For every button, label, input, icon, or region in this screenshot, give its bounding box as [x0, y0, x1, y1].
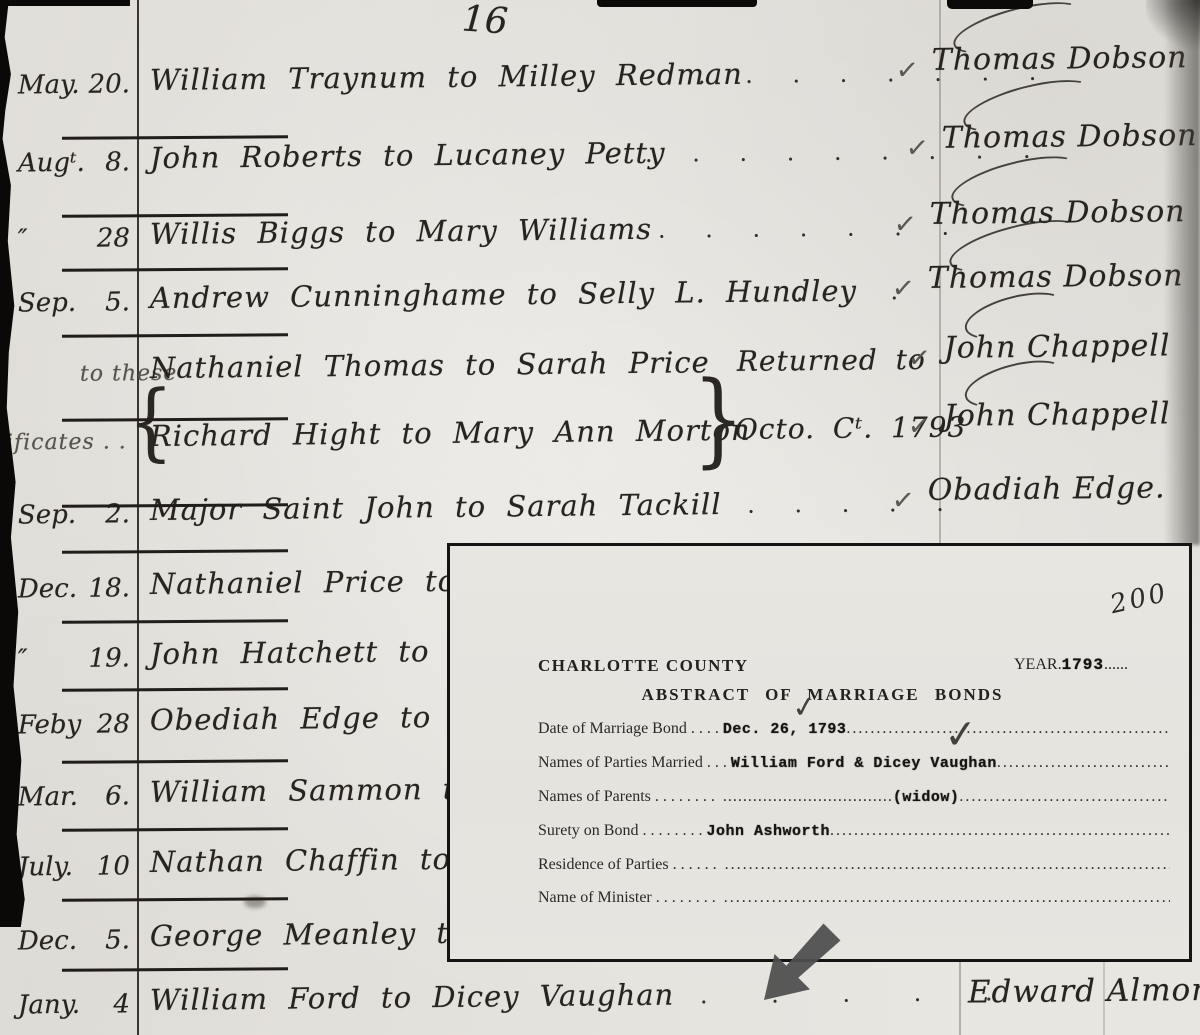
entry-date-month: Feby: [18, 710, 82, 741]
entry-names: Major Saint John to Sarah Tackill: [150, 487, 722, 527]
entry-names: John Roberts to Lucaney Petty: [150, 136, 666, 175]
field-label-dots: . . . . . . . .: [651, 786, 723, 808]
field-trail-dots: ........................................…: [830, 820, 1170, 842]
entry-margin-note: ificates . .: [6, 429, 127, 455]
register-row: Sep.2.Major Saint John to Sarah Tackill.…: [0, 482, 1200, 547]
scanned-register-page: 16 May.20.William Traynum to Milley Redm…: [0, 0, 1200, 1035]
court-note: Octo. Cᵗ. 1793: [735, 411, 967, 446]
scan-edge-artifact: [597, 0, 757, 7]
entry-date-day: 28: [97, 223, 130, 253]
check-mark-icon: ✓: [790, 688, 820, 726]
field-trail-dots: ........................................…: [997, 752, 1170, 774]
row-separator: [62, 135, 288, 139]
row-separator: [62, 619, 288, 623]
entry-date-month: May.: [18, 70, 80, 101]
entry-date: Augᵗ.8.: [18, 147, 130, 178]
entry-date-day: 5.: [105, 925, 130, 955]
entry-date: ″19.: [18, 643, 130, 674]
field-trail-dots: ........................................…: [959, 786, 1170, 808]
entry-date-day: 6.: [105, 781, 130, 811]
row-separator: [62, 759, 288, 763]
dotted-leader: . . . . . . .: [658, 213, 965, 244]
entry-names: William Ford to Dicey Vaughan: [150, 978, 675, 1017]
card-field: Name of Minister . . . . . . . . .......…: [538, 887, 1170, 909]
page-number: 16: [461, 0, 510, 43]
row-separator: [62, 687, 288, 691]
scan-edge-artifact: [1164, 0, 1200, 545]
field-label-dots: . . . . . . . .: [652, 887, 724, 909]
card-ref-number: 200: [1107, 578, 1171, 620]
check-mark-icon: ✓: [892, 208, 917, 241]
entry-date-day: 19.: [88, 643, 130, 673]
year-trail: ......: [1104, 656, 1128, 673]
field-label: Date of Marriage Bond: [538, 718, 687, 740]
field-trail-dots: ........................................…: [724, 887, 1170, 909]
card-field: Residence of Parties . . . . . . .......…: [538, 854, 1170, 876]
entry-date-day: 28: [97, 709, 130, 739]
card-fields: Date of Marriage Bond . . . . Dec. 26, 1…: [538, 718, 1170, 909]
entry-names: William Traynum to Milley Redman: [150, 57, 743, 97]
field-label-dots: . . .: [703, 752, 731, 774]
register-row: Jany.4William Ford to Dicey Vaughan. . .…: [0, 972, 1200, 1035]
court-note: Returned to: [737, 343, 926, 378]
card-field: Surety on Bond . . . . . . . . John Ashw…: [538, 820, 1170, 843]
field-label: Name of Minister: [538, 887, 652, 909]
field-label-dots: . . . . . . . .: [638, 820, 706, 842]
field-trail-dots: ........................................…: [846, 718, 1170, 740]
entry-date-month: Sep.: [18, 288, 76, 319]
field-pre-dots: ..................................: [723, 786, 893, 808]
check-mark-icon: ✓: [894, 54, 919, 87]
row-separator: [62, 827, 288, 831]
field-value: (widow): [893, 787, 960, 809]
field-label: Residence of Parties: [538, 854, 669, 876]
field-label-dots: . . . . . .: [669, 854, 725, 876]
card-field: Names of Parties Married . . . William F…: [538, 752, 1170, 775]
abstract-card: 200 CHARLOTTE COUNTY YEAR.1793...... ABS…: [447, 543, 1192, 962]
row-group-brace-left: {: [128, 372, 173, 470]
year-value: 1793: [1062, 656, 1104, 674]
entry-date-day: 8.: [105, 147, 130, 177]
card-year: YEAR.1793......: [1014, 656, 1128, 674]
row-group-brace-right: }: [692, 360, 744, 479]
card-title: ABSTRACT OF MARRIAGE BONDS: [450, 685, 1195, 705]
entry-date-month: Mar.: [18, 782, 78, 813]
field-trail-dots: ........................................…: [725, 854, 1170, 876]
entry-date: Feby28: [18, 709, 130, 740]
entry-names: George Meanley to: [150, 916, 468, 953]
entry-date-month: ″: [18, 224, 28, 254]
dotted-leader: . . . . . .: [700, 489, 960, 520]
check-mark-icon: ✓: [904, 132, 929, 165]
entry-date-day: 10: [97, 851, 130, 881]
field-label: Names of Parties Married: [538, 752, 703, 774]
entry-date: Sep.5.: [18, 287, 130, 318]
entry-names: William Sammon to: [150, 772, 474, 809]
entry-date-month: Dec.: [18, 926, 77, 957]
check-mark-icon: ✓: [890, 484, 915, 517]
entry-date: Dec.18.: [18, 573, 130, 604]
check-mark-icon: ✓: [942, 711, 979, 759]
entry-date-day: 20.: [88, 69, 130, 99]
field-label: Names of Parents: [538, 786, 651, 808]
year-label: YEAR: [1014, 656, 1058, 673]
scan-edge-artifact: [947, 0, 1033, 9]
field-value: John Ashworth: [706, 821, 830, 843]
entry-date: ″28: [18, 223, 130, 254]
entry-date: Dec.5.: [18, 925, 130, 956]
card-county: CHARLOTTE COUNTY: [538, 656, 749, 676]
field-value: Dec. 26, 1793: [723, 719, 847, 741]
field-label-dots: . . . .: [687, 718, 723, 740]
entry-date-month: Jany.: [18, 990, 80, 1021]
entry-date-month: Dec.: [18, 574, 77, 605]
card-field: Date of Marriage Bond . . . . Dec. 26, 1…: [538, 718, 1170, 741]
entry-names: Willis Biggs to Mary Williams: [150, 212, 653, 251]
entry-date: Mar.6.: [18, 781, 130, 812]
entry-names: Andrew Cunninghame to Selly L. Hundley: [150, 274, 857, 315]
entry-date-month: ″: [18, 644, 28, 674]
entry-date-month: July.: [18, 852, 73, 883]
card-field: Names of Parents . . . . . . . . .......…: [538, 786, 1170, 809]
entry-names: Nathaniel Price to: [150, 564, 457, 601]
entry-names: Nathan Chaffin to: [150, 842, 451, 879]
scan-edge-artifact: [0, 0, 130, 6]
pointer-arrow-icon: [745, 918, 845, 1010]
entry-date: July.10: [18, 851, 130, 882]
entry-date: May.20.: [18, 69, 130, 100]
entry-date-day: 4: [113, 989, 130, 1019]
entry-date-month: Augᵗ.: [18, 148, 85, 179]
field-label: Surety on Bond: [538, 820, 638, 842]
check-mark-icon: ✓: [906, 410, 931, 443]
entry-date-day: 5.: [105, 287, 130, 317]
entry-date: Jany.4: [18, 989, 130, 1020]
entry-date-day: 18.: [88, 573, 130, 603]
entry-names: Nathaniel Thomas to Sarah Price: [150, 345, 710, 385]
check-mark-icon: ✓: [906, 342, 931, 375]
row-separator: [62, 549, 288, 553]
row-separator: [62, 267, 288, 271]
check-mark-icon: ✓: [890, 272, 915, 305]
officiant-signature: Obadiah Edge.: [928, 470, 1166, 507]
row-separator: [62, 333, 288, 337]
officiant-signature: Edward Almond: [968, 972, 1200, 1011]
entry-names: John Hatchett to: [150, 634, 430, 671]
entry-names: Obediah Edge to: [150, 700, 432, 737]
